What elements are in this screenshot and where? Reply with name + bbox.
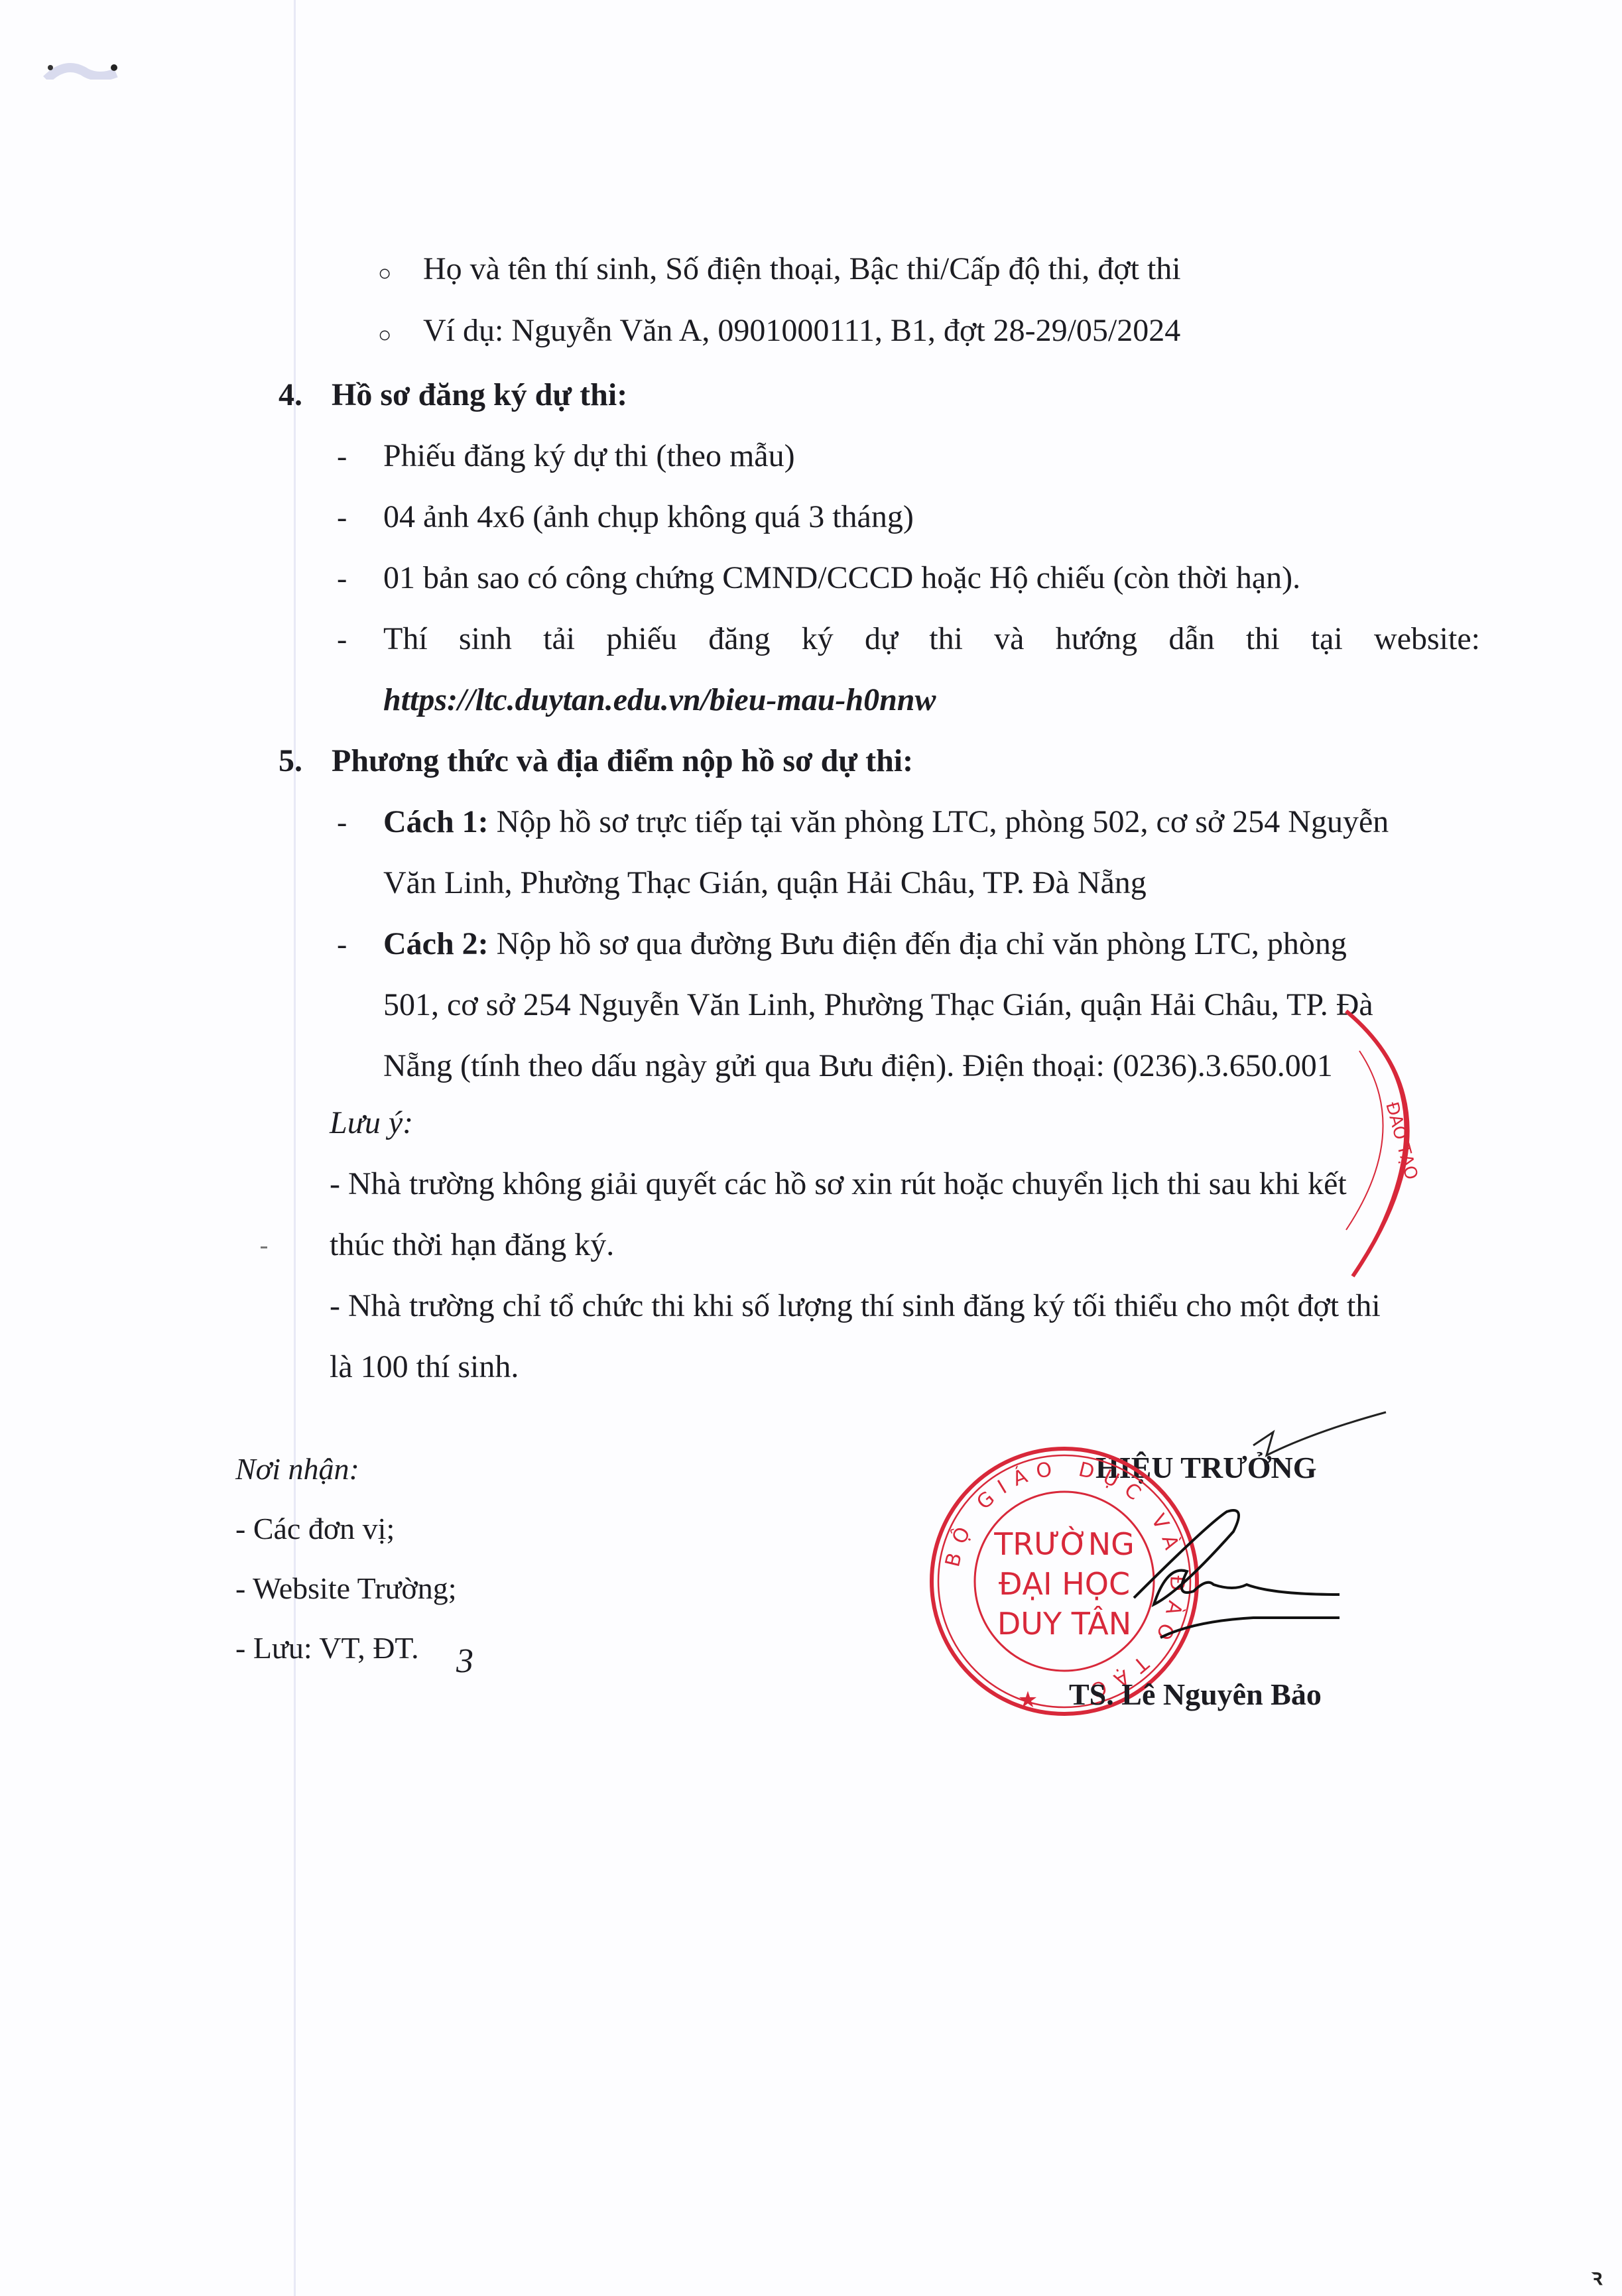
dash-bullet: - [337, 438, 347, 475]
method-1-cont: Văn Linh, Phường Thạc Gián, quận Hải Châ… [383, 865, 1147, 902]
section-number: 4. [279, 377, 302, 414]
recipients-title: Nơi nhận: [235, 1451, 359, 1488]
list-item: 01 bản sao có công chứng CMND/CCCD hoặc … [383, 560, 1300, 597]
stray-mark [261, 1246, 267, 1248]
handwritten-count: 3 [456, 1643, 473, 1680]
handwritten-signature [1074, 1392, 1393, 1671]
recipient-item: - Các đơn vị; [235, 1510, 395, 1547]
website-link[interactable]: https://ltc.duytan.edu.vn/bieu-mau-h0nnw [383, 682, 936, 719]
method-2-cont: 501, cơ sở 254 Nguyễn Văn Linh, Phường T… [383, 987, 1373, 1024]
svg-text:★: ★ [1018, 1687, 1038, 1713]
dash-bullet: - [337, 926, 347, 963]
method-label: Cách 1: [383, 804, 489, 839]
method-text: Nộp hồ sơ qua đường Bưu điện đến địa chỉ… [497, 926, 1347, 961]
method-2: Cách 2: Nộp hồ sơ qua đường Bưu điện đến… [383, 926, 1347, 963]
note-line: - Nhà trường chỉ tổ chức thi khi số lượn… [330, 1288, 1381, 1325]
method-2-cont: Nẵng (tính theo dấu ngày gửi qua Bưu điệ… [383, 1048, 1333, 1085]
list-item: Họ và tên thí sinh, Số điện thoại, Bậc t… [423, 251, 1181, 288]
dash-bullet: - [337, 621, 347, 658]
page-mark: ꝛ [1591, 2261, 1602, 2291]
method-1: Cách 1: Nộp hồ sơ trực tiếp tại văn phòn… [383, 804, 1389, 841]
note-line: là 100 thí sinh. [330, 1349, 519, 1386]
section-title: Hồ sơ đăng ký dự thi: [332, 377, 627, 414]
note-title: Lưu ý: [330, 1105, 413, 1142]
list-item: 04 ảnh 4x6 (ảnh chụp không quá 3 tháng) [383, 499, 914, 536]
recipient-item: - Website Trường; [235, 1570, 457, 1607]
note-line: thúc thời hạn đăng ký. [330, 1227, 614, 1264]
section-title: Phương thức và địa điểm nộp hồ sơ dự thi… [332, 743, 913, 780]
section-number: 5. [279, 743, 302, 780]
partial-seal: ĐÀO TẠO [1333, 1004, 1452, 1283]
dash-bullet: - [337, 804, 347, 841]
scan-corner-mark [40, 53, 133, 80]
list-item: Ví dụ: Nguyễn Văn A, 0901000111, B1, đợt… [423, 312, 1180, 349]
dash-bullet: - [337, 499, 347, 536]
method-label: Cách 2: [383, 926, 489, 961]
svg-text:ĐÀO TẠO: ĐÀO TẠO [1381, 1100, 1422, 1182]
recipient-item: - Lưu: VT, ĐT. [235, 1630, 419, 1667]
circle-bullet-icon: ○ [378, 317, 392, 354]
method-text: Nộp hồ sơ trực tiếp tại văn phòng LTC, p… [497, 804, 1389, 839]
scan-artifact-line [294, 0, 296, 2296]
circle-bullet-icon: ○ [378, 255, 392, 292]
list-item: Phiếu đăng ký dự thi (theo mẫu) [383, 438, 795, 475]
list-item: Thí sinh tải phiếu đăng ký dự thi và hướ… [383, 621, 1480, 658]
dash-bullet: - [337, 560, 347, 597]
signer-name: TS. Lê Nguyên Bảo [1069, 1676, 1322, 1713]
note-line: - Nhà trường không giải quyết các hồ sơ … [330, 1166, 1347, 1203]
